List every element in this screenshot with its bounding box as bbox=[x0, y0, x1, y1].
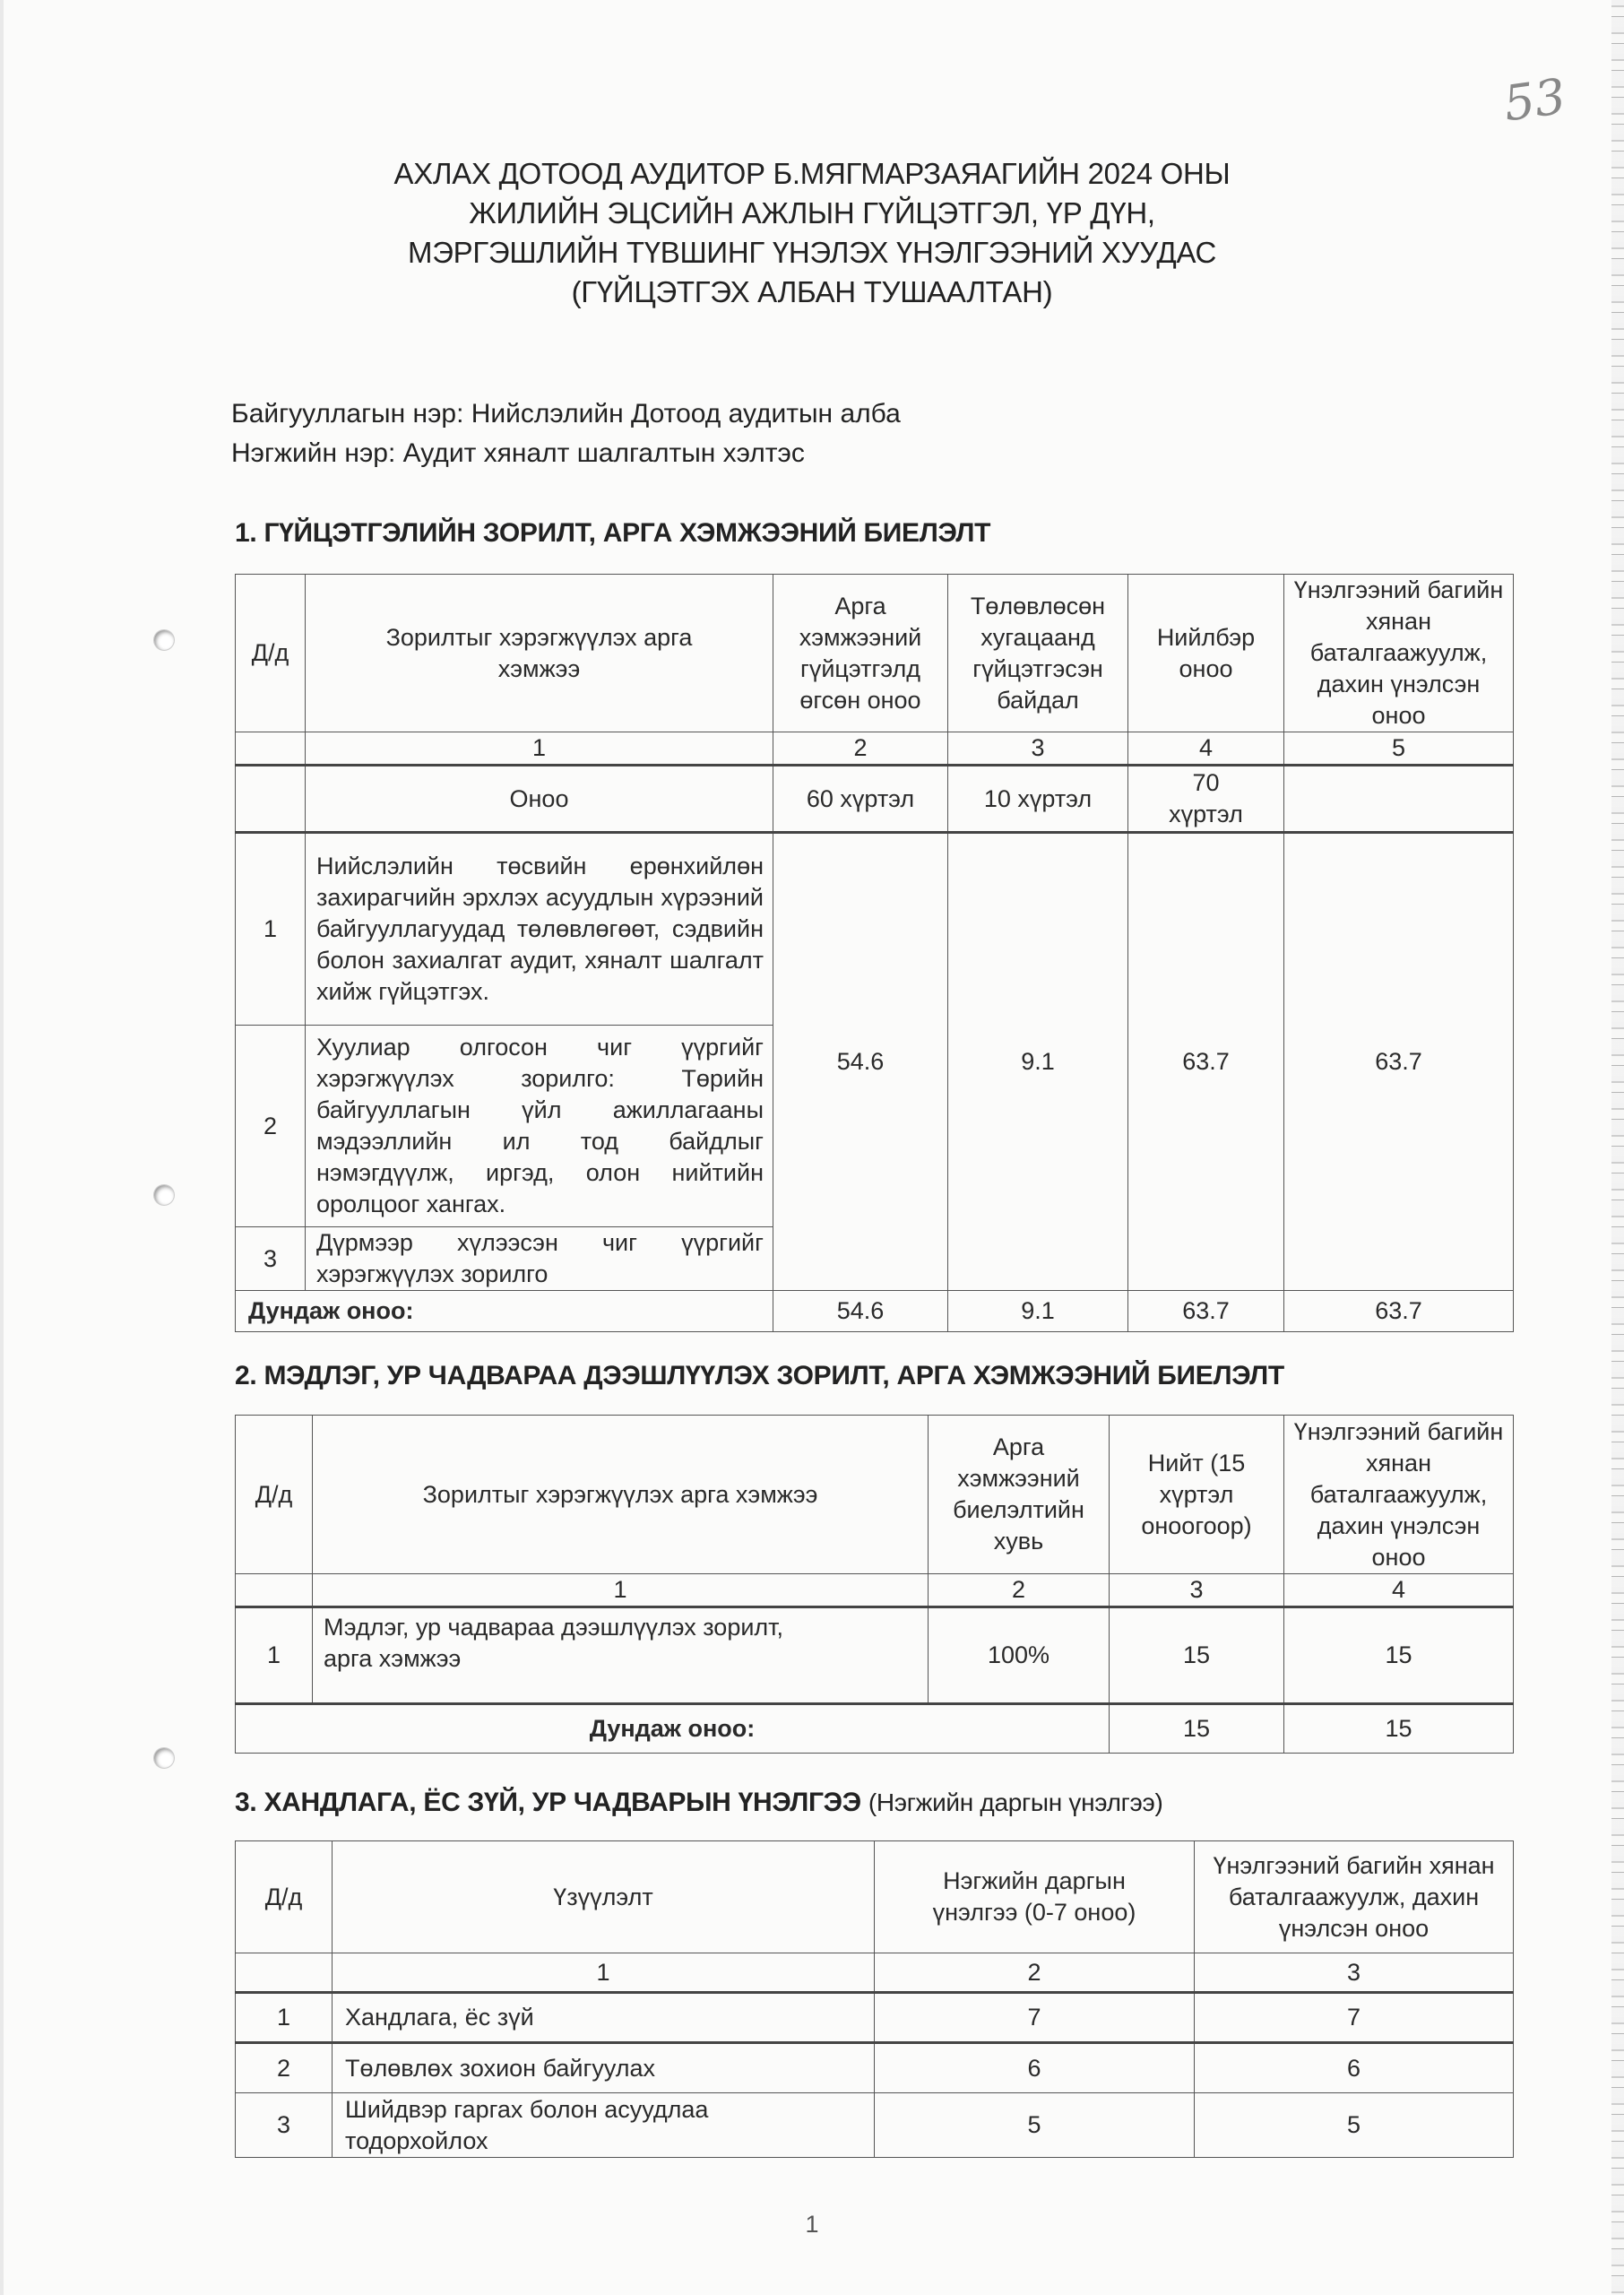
title-line: МЭРГЭШЛИЙН ТҮВШИНГ ҮНЭЛЭХ ҮНЭЛГЭЭНИЙ ХУУ… bbox=[0, 233, 1624, 273]
header-reviewed: Үнэлгээний багийн хянан баталгаажуулж, д… bbox=[1284, 575, 1514, 732]
row-reviewed: 7 bbox=[1195, 1993, 1514, 2043]
document-title: АХЛАХ ДОТООД АУДИТОР Б.МЯГМАРЗАЯАГИЙН 20… bbox=[0, 154, 1624, 312]
col-number: 3 bbox=[1110, 1574, 1284, 1607]
average-value: 63.7 bbox=[1128, 1291, 1284, 1332]
average-value: 15 bbox=[1284, 1704, 1514, 1754]
row-text: Хуулиар олгосон чиг үүргийг хэрэгжүүлэх … bbox=[306, 1026, 773, 1227]
row-text: Төлөвлөх зохион байгуулах bbox=[333, 2043, 875, 2093]
max-value bbox=[1284, 766, 1514, 833]
unit-name: Нэгжийн нэр: Аудит хяналт шалгалтын хэлт… bbox=[231, 436, 805, 472]
empty-cell bbox=[236, 1574, 313, 1607]
title-line: ЖИЛИЙН ЭЦСИЙН АЖЛЫН ГҮЙЦЭТГЭЛ, ҮР ДҮН, bbox=[0, 194, 1624, 233]
row-manager-score: 6 bbox=[875, 2043, 1195, 2093]
row-manager-score: 5 bbox=[875, 2093, 1195, 2158]
empty-cell bbox=[236, 1953, 333, 1993]
header-total: Нийт (15 хүртэл оноогоор) bbox=[1110, 1416, 1284, 1574]
header-indicator: Үзүүлэлт bbox=[333, 1841, 875, 1953]
max-value: 60 хүртэл bbox=[773, 766, 948, 833]
reviewed-score: 63.7 bbox=[1284, 833, 1514, 1291]
row-no: 3 bbox=[236, 2093, 333, 2158]
organization-name: Байгууллагын нэр: Нийслэлийн Дотоод ауди… bbox=[231, 396, 901, 432]
empty-cell bbox=[236, 732, 306, 766]
table-row: 1 Нийслэлийн төсвийн ерөнхийлөн захирагч… bbox=[236, 833, 1514, 1026]
row-reviewed: 6 bbox=[1195, 2043, 1514, 2093]
header-percent: Арга хэмжээний биелэлтийн хувь bbox=[929, 1416, 1110, 1574]
row-text: Хандлага, ёс зүй bbox=[333, 1993, 875, 2043]
row-percent: 100% bbox=[929, 1607, 1110, 1704]
header-reviewed: Үнэлгээний багийн хянан баталгаажуулж, д… bbox=[1284, 1416, 1514, 1574]
table-row: 1 Мэдлэг, ур чадвараа дээшлүүлэх зорилт,… bbox=[236, 1607, 1514, 1704]
scan-edge-left bbox=[0, 0, 4, 2295]
row-text: Нийслэлийн төсвийн ерөнхийлөн захирагчий… bbox=[306, 833, 773, 1026]
attitude-table: Д/д Үзүүлэлт Нэгжийн даргын үнэлгээ (0-7… bbox=[235, 1840, 1514, 2158]
total-score: 63.7 bbox=[1128, 833, 1284, 1291]
table-row: 3 Шийдвэр гаргах болон асуудлаа тодорхой… bbox=[236, 2093, 1514, 2158]
col-number: 2 bbox=[929, 1574, 1110, 1607]
header-measure: Зорилтыг хэрэгжүүлэх арга хэмжээ bbox=[306, 575, 773, 732]
average-value: 63.7 bbox=[1284, 1291, 1514, 1332]
average-value: 9.1 bbox=[948, 1291, 1128, 1332]
header-total: Нийлбэр оноо bbox=[1128, 575, 1284, 732]
max-label: Оноо bbox=[306, 766, 773, 833]
header-no: Д/д bbox=[236, 1841, 333, 1953]
header-no: Д/д bbox=[236, 575, 306, 732]
row-text: Шийдвэр гаргах болон асуудлаа тодорхойло… bbox=[333, 2093, 875, 2158]
col-number: 3 bbox=[948, 732, 1128, 766]
row-total: 15 bbox=[1110, 1607, 1284, 1704]
empty-cell bbox=[236, 766, 306, 833]
row-reviewed: 5 bbox=[1195, 2093, 1514, 2158]
row-manager-score: 7 bbox=[875, 1993, 1195, 2043]
average-row: Дундаж оноо: 54.6 9.1 63.7 63.7 bbox=[236, 1291, 1514, 1332]
average-row: Дундаж оноо: 15 15 bbox=[236, 1704, 1514, 1754]
col-number: 4 bbox=[1284, 1574, 1514, 1607]
table-row: 2 Төлөвлөх зохион байгуулах 6 6 bbox=[236, 2043, 1514, 2093]
max-value: 10 хүртэл bbox=[948, 766, 1128, 833]
punch-hole bbox=[154, 1185, 174, 1205]
performance-table: Д/д Зорилтыг хэрэгжүүлэх арга хэмжээ Арг… bbox=[235, 574, 1514, 1332]
section3-heading: 3. ХАНДЛАГА, ЁС ЗҮЙ, УР ЧАДВАРЫН ҮНЭЛГЭЭ… bbox=[235, 1788, 1163, 1818]
col-number: 2 bbox=[875, 1953, 1195, 1993]
average-label: Дундаж оноо: bbox=[236, 1291, 773, 1332]
header-reviewed: Үнэлгээний багийн хянан баталгаажуулж, д… bbox=[1195, 1841, 1514, 1953]
average-value: 15 bbox=[1110, 1704, 1284, 1754]
header-manager-score: Нэгжийн даргын үнэлгээ (0-7 оноо) bbox=[875, 1841, 1195, 1953]
col-number: 2 bbox=[773, 732, 948, 766]
row-no: 2 bbox=[236, 2043, 333, 2093]
title-line: АХЛАХ ДОТООД АУДИТОР Б.МЯГМАРЗАЯАГИЙН 20… bbox=[0, 154, 1624, 194]
punch-hole bbox=[154, 630, 174, 650]
section3-heading-text: 3. ХАНДЛАГА, ЁС ЗҮЙ, УР ЧАДВАРЫН ҮНЭЛГЭЭ bbox=[235, 1788, 861, 1817]
score-given: 54.6 bbox=[773, 833, 948, 1291]
scan-edge-right bbox=[1611, 0, 1624, 2295]
page-number: 1 bbox=[0, 2211, 1624, 2239]
section3-heading-sub: (Нэгжийн даргын үнэлгээ) bbox=[868, 1788, 1163, 1816]
col-number: 4 bbox=[1128, 732, 1284, 766]
handwritten-page-mark: 53 bbox=[1500, 68, 1569, 133]
col-number: 1 bbox=[306, 732, 773, 766]
average-value: 54.6 bbox=[773, 1291, 948, 1332]
table-row: 1 Хандлага, ёс зүй 7 7 bbox=[236, 1993, 1514, 2043]
section2-heading: 2. МЭДЛЭГ, УР ЧАДВАРАА ДЭЭШЛҮҮЛЭХ ЗОРИЛТ… bbox=[235, 1361, 1284, 1391]
row-no: 2 bbox=[236, 1026, 306, 1227]
row-no: 1 bbox=[236, 833, 306, 1026]
knowledge-table: Д/д Зорилтыг хэрэгжүүлэх арга хэмжээ Арг… bbox=[235, 1415, 1514, 1754]
header-no: Д/д bbox=[236, 1416, 313, 1574]
on-time-score: 9.1 bbox=[948, 833, 1128, 1291]
col-number: 1 bbox=[333, 1953, 875, 1993]
average-label: Дундаж оноо: bbox=[236, 1704, 1110, 1754]
row-text: Мэдлэг, ур чадвараа дээшлүүлэх зорилт, а… bbox=[313, 1607, 929, 1704]
col-number: 5 bbox=[1284, 732, 1514, 766]
max-value: 70 хүртэл bbox=[1128, 766, 1284, 833]
header-score-given: Арга хэмжээний гүйцэтгэлд өгсөн оноо bbox=[773, 575, 948, 732]
col-number: 1 bbox=[313, 1574, 929, 1607]
header-measure: Зорилтыг хэрэгжүүлэх арга хэмжээ bbox=[313, 1416, 929, 1574]
header-on-time: Төлөвлөсөн хугацаанд гүйцэтгэсэн байдал bbox=[948, 575, 1128, 732]
row-reviewed: 15 bbox=[1284, 1607, 1514, 1704]
col-number: 3 bbox=[1195, 1953, 1514, 1993]
section1-heading: 1. ГҮЙЦЭТГЭЛИЙН ЗОРИЛТ, АРГА ХЭМЖЭЭНИЙ Б… bbox=[235, 518, 990, 549]
row-no: 1 bbox=[236, 1607, 313, 1704]
row-text: Дүрмээр хүлээсэн чиг үүргийг хэрэгжүүлэх… bbox=[306, 1227, 773, 1291]
row-no: 3 bbox=[236, 1227, 306, 1291]
title-line: (ГҮЙЦЭТГЭХ АЛБАН ТУШААЛТАН) bbox=[0, 273, 1624, 312]
row-no: 1 bbox=[236, 1993, 333, 2043]
punch-hole bbox=[154, 1748, 174, 1768]
